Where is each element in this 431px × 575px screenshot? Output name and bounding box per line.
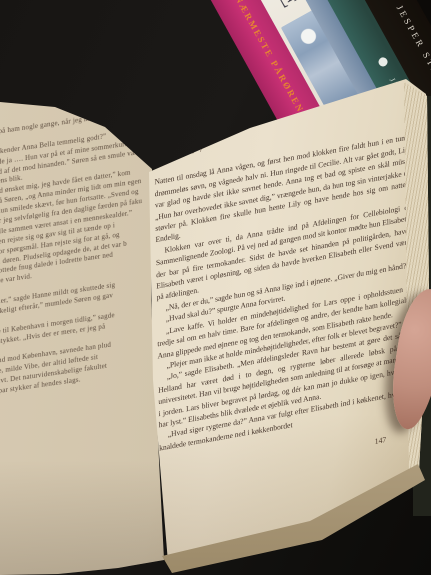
left-page-text-line: r på ham nogle gange, når jeg har stukke… — [0, 96, 222, 138]
spine-title: KE — [264, 0, 303, 14]
book-paragraph: „Hvad siger rygterne da?” Anna var fulgt… — [159, 386, 415, 454]
page-number: 147 — [160, 429, 416, 486]
book-paragraph: „Jo,” sagde Elisabeth. „Men afdelingsled… — [158, 328, 415, 431]
right-page-text-block: KAPITEL 7 Natten til onsdag lå Anna våge… — [154, 107, 416, 486]
book-paragraph: Natten til onsdag lå Anna vågen, og førs… — [154, 132, 411, 246]
left-page-paragraph-gap — [0, 106, 222, 148]
book-paragraph: „Nå, der er du,” sagde hun og så Anna li… — [157, 259, 413, 316]
book-paragraph: „Plejer man ikke at holde mindehøjtideli… — [158, 316, 414, 373]
book-paragraph: „Hvad skal du?” spurgte Anna forvirret. — [157, 270, 413, 327]
publisher-logo-icon — [376, 56, 388, 68]
left-page-text-line: u kender Anna Bella temmelig godt?” — [0, 116, 222, 158]
spine-title: LIZ — [427, 0, 431, 6]
chapter-body: Natten til onsdag lå Anna vågen, og førs… — [154, 132, 415, 454]
book-paragraph: „Lave kaffe. Vi holder en mindehøjtideli… — [157, 282, 414, 362]
book-photo: NÆRMESTE PÅRØRENDE KE JESPER STEIN BYE B… — [0, 0, 431, 575]
book-paragraph: Klokken var over ti, da Anna trådte ind … — [156, 201, 413, 304]
